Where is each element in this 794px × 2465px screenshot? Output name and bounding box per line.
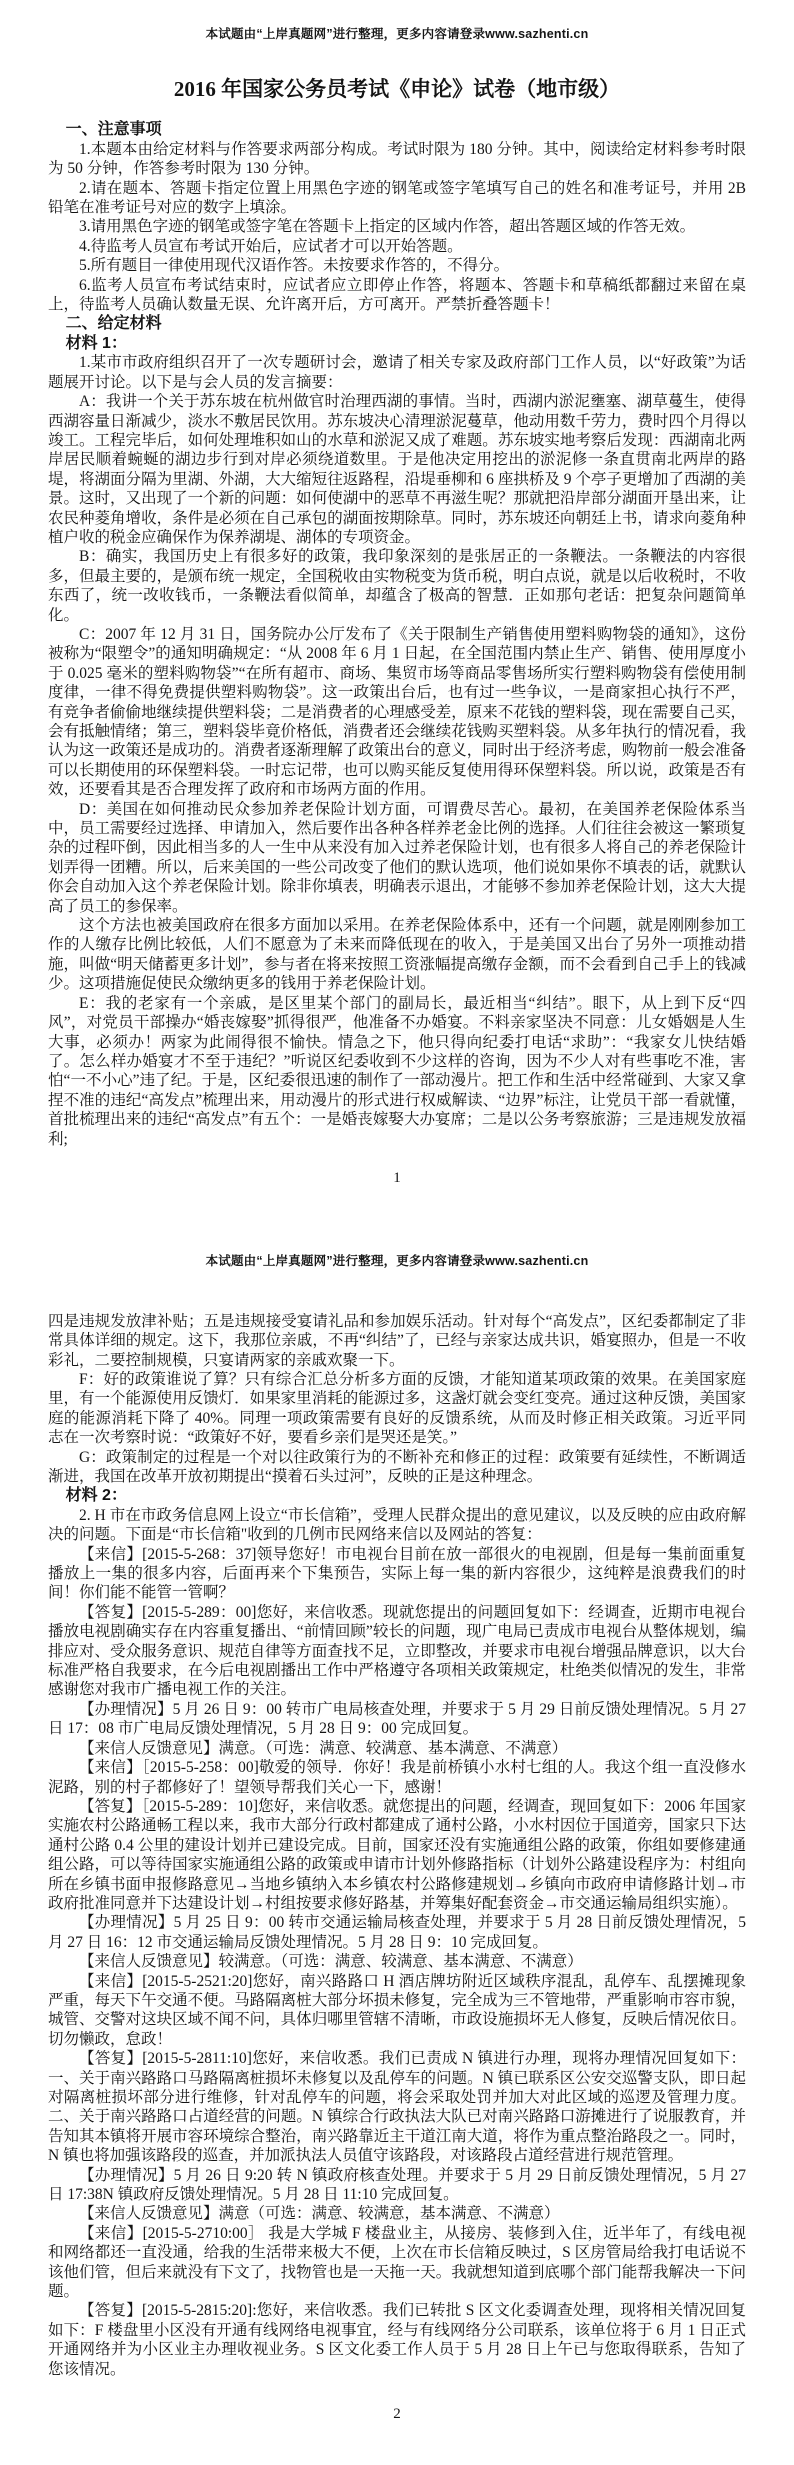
paragraph: G：政策制定的过程是一个对以往政策行为的不断补充和修正的过程：政策要有延续性，不…	[48, 1448, 746, 1487]
paragraph: 这个方法也被美国政府在很多方面加以采用。在养老保险体系中，还有一个问题，就是刚刚…	[48, 916, 746, 994]
materials-heading: 二、给定材料	[48, 314, 746, 333]
notice-item: 2.请在题本、答题卡指定位置上用黑色字迹的钢笔或签字笔填写自己的姓名和准考证号，…	[48, 179, 746, 218]
feedback-paragraph: 【来信人反馈意见】满意（可选：满意、较满意，基本满意、不满意）	[48, 2204, 746, 2223]
notice-item: 1.本题本由给定材料与作答要求两部分构成。考试时限为 180 分钟。其中，阅读给…	[48, 140, 746, 179]
watermark-header: 本试题由“上岸真题网”进行整理，更多内容请登录www.sazhenti.cn	[48, 0, 746, 44]
paragraph: 1.某市市政府组织召开了一次专题研讨会，邀请了相关专家及政府部门工作人员，以“好…	[48, 353, 746, 392]
letter-paragraph: 【来信】［2015-5-258：00]敬爱的领导．你好！我是前桥镇小水村七组的人…	[48, 1758, 746, 1797]
letter-paragraph: 【来信】[2015-5-2710:00］ 我是大学城 F 楼盘业主，从接房、装修…	[48, 2224, 746, 2302]
paragraph: A：我讲一个关于苏东坡在杭州做官时治理西湖的事情。当时，西湖内淤泥壅塞、湖草蔓生…	[48, 392, 746, 547]
watermark-header: 本试题由“上岸真题网”进行整理，更多内容请登录www.sazhenti.cn	[48, 1188, 746, 1271]
handling-paragraph: 【办理情况】5 月 26 日 9：00 转市广电局核查处理，并要求于 5 月 2…	[48, 1700, 746, 1739]
paragraph: D：美国在如何推动民众参加养老保险计划方面，可谓费尽苦心。最初，在美国养老保险体…	[48, 800, 746, 916]
notice-heading: 一、注意事项	[48, 120, 746, 139]
paragraph: E：我的老家有一个亲戚，是区里某个部门的副局长，最近相当“纠结”。眼下，从上到下…	[48, 994, 746, 1149]
notice-item: 3.请用黑色字迹的钢笔或签字笔在答题卡上指定的区域内作答，超出答题区域的作答无效…	[48, 217, 746, 236]
letter-paragraph: 【来信】[2015-5-268：37]领导您好！市电视台目前在放一部很火的电视剧…	[48, 1545, 746, 1603]
page-number: 1	[48, 1169, 746, 1188]
page-number: 2	[48, 2405, 746, 2424]
paragraph: C：2007 年 12 月 31 日，国务院办公厅发布了《关于限制生产销售使用塑…	[48, 625, 746, 800]
reply-paragraph: 【答复】［2015-5-289：10]您好，来信收悉。就您提出的问题，经调查，现…	[48, 1797, 746, 1913]
page-2: 本试题由“上岸真题网”进行整理，更多内容请登录www.sazhenti.cn 四…	[0, 1188, 794, 2424]
paragraph: 四是违规发放津补贴；五是违规接受宴请礼品和参加娱乐活动。针对每个“高发点”，区纪…	[48, 1312, 746, 1370]
paragraph: B：确实，我国历史上有很多好的政策，我印象深刻的是张居正的一条鞭法。一条鞭法的内…	[48, 547, 746, 625]
notice-item: 4.待监考人员宣布考试开始后，应试者才可以开始答题。	[48, 237, 746, 256]
reply-paragraph: 【答复】[2015-5-289：00]您好，来信收悉。现就您提出的问题回复如下：…	[48, 1603, 746, 1700]
feedback-paragraph: 【来信人反馈意见】较满意。（可选：满意、较满意、基本满意、不满意）	[48, 1952, 746, 1971]
reply-paragraph: 【答复】[2015-5-2815:20]:您好，来信收悉。我们已转批 S 区文化…	[48, 2301, 746, 2379]
paragraph: F：好的政策谁说了算？只有综合汇总分析多方面的反馈，才能知道某项政策的效果。在美…	[48, 1370, 746, 1448]
reply-paragraph: 【答复】[2015-5-2811:10]您好，来信收悉。我们已责成 N 镇进行办…	[48, 2049, 746, 2165]
material-2-heading: 材料 2：	[48, 1486, 746, 1505]
handling-paragraph: 【办理情况】5 月 26 日 9:20 转 N 镇政府核查处理。并要求于 5 月…	[48, 2166, 746, 2205]
notice-item: 5.所有题目一律使用现代汉语作答。未按要求作答的，不得分。	[48, 256, 746, 275]
material-1-heading: 材料 1：	[48, 334, 746, 353]
paragraph: 2. H 市在市政务信息网上设立“市长信箱”，受理人民群众提出的意见建议，以及反…	[48, 1506, 746, 1545]
feedback-paragraph: 【来信人反馈意见】满意。（可选：满意、较满意、基本满意、不满意）	[48, 1739, 746, 1758]
letter-paragraph: 【来信】[2015-5-2521:20]您好，南兴路路口 H 酒店牌坊附近区域秩…	[48, 1972, 746, 2050]
page-1: 本试题由“上岸真题网”进行整理，更多内容请登录www.sazhenti.cn 2…	[0, 0, 794, 1188]
document: 本试题由“上岸真题网”进行整理，更多内容请登录www.sazhenti.cn 2…	[0, 0, 794, 2425]
page-title: 2016 年国家公务员考试《申论》试卷（地市级）	[48, 76, 746, 102]
handling-paragraph: 【办理情况】5 月 25 日 9：00 转市交通运输局核查处理，并要求于 5 月…	[48, 1913, 746, 1952]
notice-item: 6.监考人员宣布考试结束时，应试者应立即停止作答，将题本、答题卡和草稿纸都翻过来…	[48, 276, 746, 315]
